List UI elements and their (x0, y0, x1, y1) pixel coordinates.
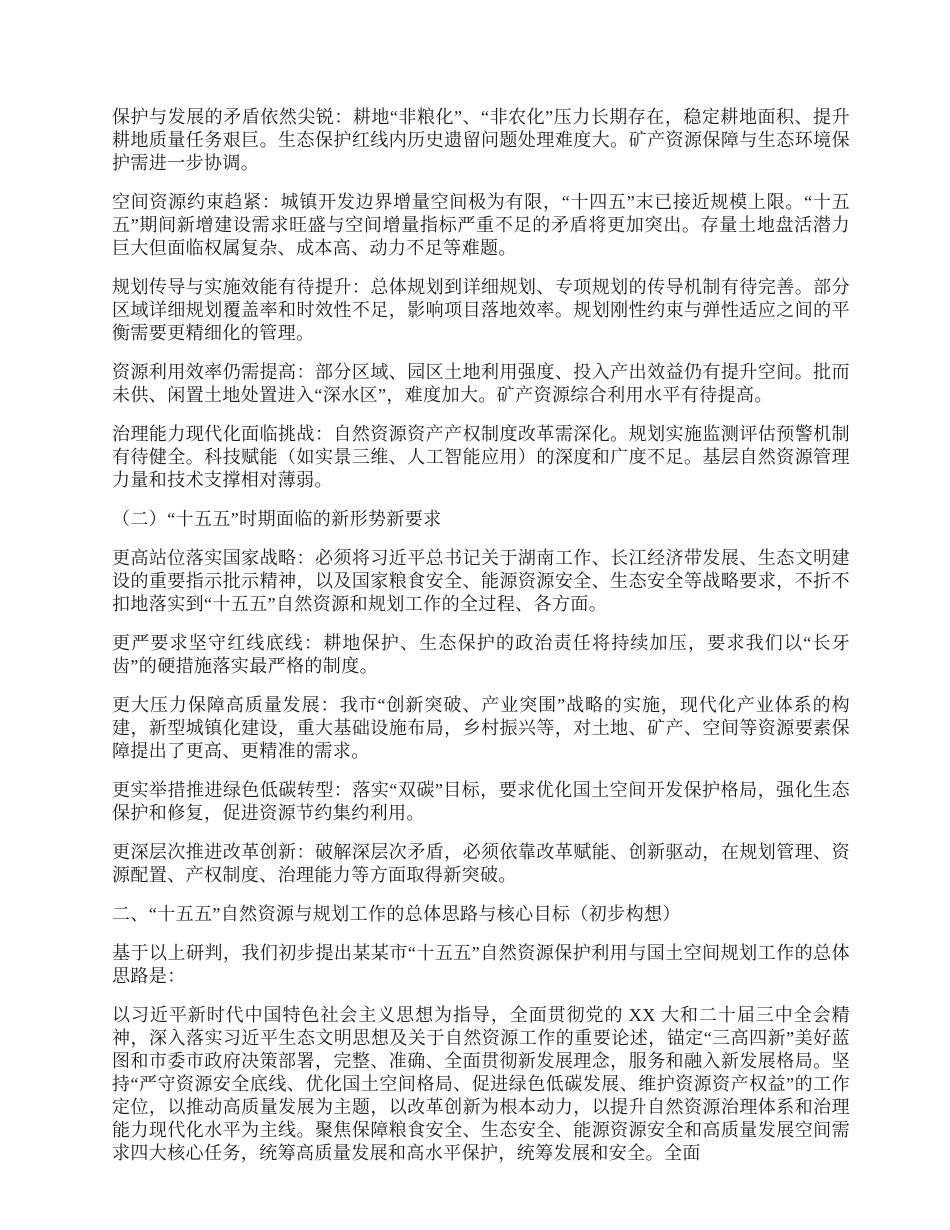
paragraph: 治理能力现代化面临挑战：自然资源资产产权制度改革需深化。规划实施监测评估预警机制… (112, 423, 850, 492)
paragraph: 规划传导与实施效能有待提升：总体规划到详细规划、专项规划的传导机制有待完善。部分… (112, 276, 850, 345)
document-page: 保护与发展的矛盾依然尖锐：耕地“非粮化”、“非农化”压力长期存在，稳定耕地面积、… (0, 0, 950, 1230)
paragraph: 空间资源约束趋紧：城镇开发边界增量空间极为有限，“十四五”末已接近规模上限。“十… (112, 191, 850, 260)
paragraph: 更高站位落实国家战略：必须将习近平总书记关于湖南工作、长江经济带发展、生态文明建… (112, 547, 850, 616)
paragraph: 基于以上研判，我们初步提出某某市“十五五”自然资源保护利用与国土空间规划工作的总… (112, 942, 850, 988)
paragraph: 更严要求坚守红线底线：耕地保护、生态保护的政治责任将持续加压，要求我们以“长牙齿… (112, 632, 850, 678)
paragraph: 更大压力保障高质量发展：我市“创新突破、产业突围”战略的实施，现代化产业体系的构… (112, 694, 850, 763)
paragraph: 保护与发展的矛盾依然尖锐：耕地“非粮化”、“非农化”压力长期存在，稳定耕地面积、… (112, 106, 850, 175)
paragraph: 以习近平新时代中国特色社会主义思想为指导，全面贯彻党的 XX 大和二十届三中全会… (112, 1004, 850, 1165)
section-heading: 二、“十五五”自然资源与规划工作的总体思路与核心目标（初步构想） (112, 903, 850, 926)
section-heading: （二）“十五五”时期面临的新形势新要求 (112, 508, 850, 531)
paragraph: 更深层次推进改革创新：破解深层次矛盾，必须依靠改革赋能、创新驱动，在规划管理、资… (112, 841, 850, 887)
paragraph: 更实举措推进绿色低碳转型：落实“双碳”目标，要求优化国土空间开发保护格局，强化生… (112, 779, 850, 825)
paragraph: 资源利用效率仍需提高：部分区域、园区土地利用强度、投入产出效益仍有提升空间。批而… (112, 361, 850, 407)
